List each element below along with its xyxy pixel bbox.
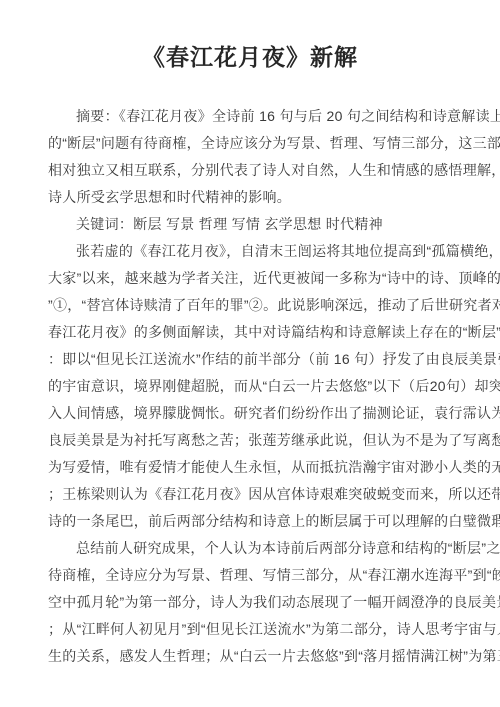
paragraph-line: ：即以“但见长江送流水”作结的前半部分（前 16 句）抒发了由良辰美景引发 <box>48 346 450 373</box>
paragraph-line: ；王栋梁则认为《春江花月夜》因从宫体诗艰难突破蜕变而来，所以还带着宫体 <box>48 481 450 508</box>
paragraph-line: 总结前人研究成果，个人认为本诗前后两部分诗意和结构的“断层”之说有 <box>48 535 450 562</box>
document-page: 《春江花月夜》新解 摘要：《春江花月夜》全诗前 16 句与后 20 句之间结构和… <box>0 0 500 707</box>
paragraph-line: 良辰美景是为衬托写离愁之苦；张莲芳继承此说，但认为不是为了写离愁，而是 <box>48 427 450 454</box>
abstract-line: 的“断层”问题有待商榷，全诗应该分为写景、哲理、写情三部分，这三部分既 <box>48 130 450 157</box>
paragraph-line: ”①，“替宫体诗赎清了百年的罪”②。此说影响深远，推动了后世研究者对《 <box>48 292 450 319</box>
paragraph-line: 大家”以来，越来越为学者关注，近代更被闻一多称为“诗中的诗、顶峰的顶峰 <box>48 265 450 292</box>
abstract-line: 摘要：《春江花月夜》全诗前 16 句与后 20 句之间结构和诗意解读上所存在 <box>48 103 450 130</box>
document-body: 摘要：《春江花月夜》全诗前 16 句与后 20 句之间结构和诗意解读上所存在 的… <box>48 103 450 670</box>
paragraph-line: ；从“江畔何人初见月”到“但见长江送流水”为第二部分，诗人思考宇宙与人 <box>48 616 450 643</box>
paragraph-line: 为写爱情，唯有爱情才能使人生永恒，从而抵抗浩瀚宇宙对渺小人类的无言威压 <box>48 454 450 481</box>
paragraph-line: 春江花月夜》的多侧面解读，其中对诗篇结构和诗意解读上存在的“断层”问题 <box>48 319 450 346</box>
abstract-line: 相对独立又相互联系，分别代表了诗人对自然，人生和情感的感悟理解，体现出 <box>48 157 450 184</box>
paragraph-line: 入人间情感，境界朦胧惆怅。研究者们纷纷作出了揣测论证，袁行霈认为诗人写 <box>48 400 450 427</box>
paragraph-line: 张若虚的《春江花月夜》，自清末王闿运将其地位提高到“孤篇横绝，竟为 <box>48 238 450 265</box>
keywords-line: 关键词：断层 写景 哲理 写情 玄学思想 时代精神 <box>48 211 450 238</box>
paragraph-line: 生的关系，感发人生哲理；从“白云一片去悠悠”到“落月摇情满江树”为第三 <box>48 643 450 670</box>
document-title: 《春江花月夜》新解 <box>0 0 500 72</box>
paragraph-line: 待商榷，全诗应分为写景、哲理、写情三部分，从“春江潮水连海平”到“皎皎 <box>48 562 450 589</box>
paragraph-line: 空中孤月轮”为第一部分，诗人为我们动态展现了一幅开阔澄净的良辰美景画卷 <box>48 589 450 616</box>
paragraph-line: 的宇宙意识，境界刚健超脱，而从“白云一片去悠悠”以下（后20句）却突然转 <box>48 373 450 400</box>
paragraph-line: 诗的一条尾巴，前后两部分结构和诗意上的断层属于可以理解的白璧微瑕。 <box>48 508 450 535</box>
abstract-line: 诗人所受玄学思想和时代精神的影响。 <box>48 184 450 211</box>
